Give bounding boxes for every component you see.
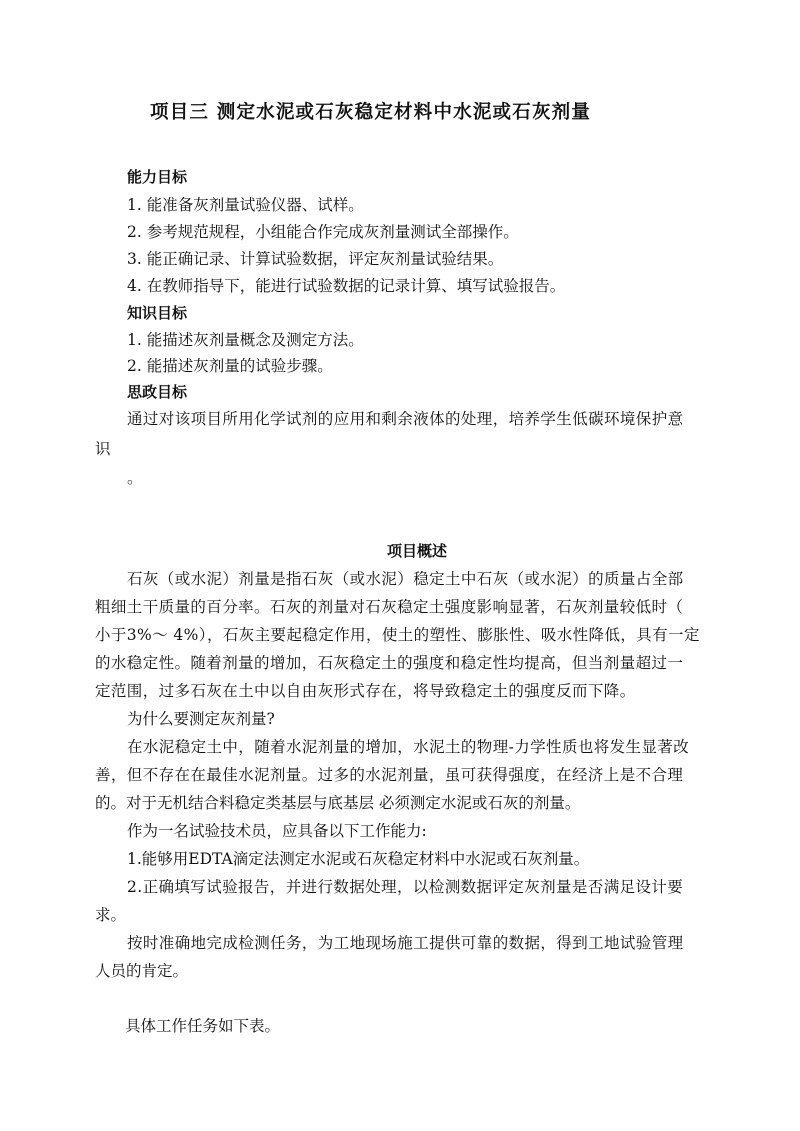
knowledge-item-1: 1. 能描述灰剂量概念及测定方法。 — [127, 330, 364, 350]
overview-closing: 具体工作任务如下表。 — [125, 1016, 280, 1036]
knowledge-heading: 知识目标 — [127, 303, 187, 323]
ability-item-1: 1. 能准备灰剂量试验仪器、试样。 — [127, 195, 364, 215]
ideology-heading: 思政目标 — [127, 382, 187, 402]
ability-item-2: 2. 参考规范规程，小组能合作完成灰剂量测试全部操作。 — [127, 222, 519, 242]
ideology-line-3: 。 — [127, 468, 143, 488]
document-page: 项目三 测定水泥或石灰稳定材料中水泥或石灰剂量 能力目标 1. 能准备灰剂量试验… — [0, 0, 800, 1131]
overview-question: 为什么要测定灰剂量? — [127, 709, 275, 729]
overview-para2-line-2: 善，但不存在在最佳水泥剂量。过多的水泥剂量，虽可获得强度，在经济上是不合理 — [95, 765, 683, 785]
overview-heading: 项目概述 — [387, 541, 447, 561]
overview-para3-line-1: 按时准确地完成检测任务，为工地现场施工提供可靠的数据，得到工地试验管理 — [127, 933, 684, 953]
ability-heading: 能力目标 — [127, 167, 187, 187]
overview-para1-line-4: 的水稳定性。随着剂量的增加，石灰稳定土的强度和稳定性均提高，但当剂量超过一 — [95, 653, 683, 673]
overview-para1-line-1: 石灰（或水泥）剂量是指石灰（或水泥）稳定土中石灰（或水泥）的质量占全部 — [127, 569, 684, 589]
overview-para1-line-5: 定范围，过多石灰在土中以自由灰形式存在，将导致稳定土的强度反而下降。 — [95, 681, 636, 701]
overview-para1-line-3: 小于3%～ 4%），石灰主要起稳定作用，使土的塑性、膨胀性、吸水性降低，具有一定 — [95, 625, 700, 645]
knowledge-item-2: 2. 能描述灰剂量的试验步骤。 — [127, 356, 333, 376]
ability-item-3: 3. 能正确记录、计算试验数据，评定灰剂量试验结果。 — [127, 249, 503, 269]
overview-ability-2: 2.正确填写试验报告，并进行数据处理，以检测数据评定灰剂量是否满足设计要 — [127, 877, 683, 897]
overview-para3-line-2: 人员的肯定。 — [95, 961, 188, 981]
document-title: 项目三 测定水泥或石灰稳定材料中水泥或石灰剂量 — [150, 98, 591, 124]
ideology-line-2: 识 — [95, 439, 111, 459]
overview-para2-line-3: 的。对于无机结合料稳定类基层与底基层 必须测定水泥或石灰的剂量。 — [95, 793, 580, 813]
overview-para1-line-2: 粗细土干质量的百分率。石灰的剂量对石灰稳定土强度影响显著，石灰剂量较低时（ — [95, 597, 683, 617]
ability-item-4: 4. 在教师指导下，能进行试验数据的记录计算、填写试验报告。 — [127, 276, 565, 296]
overview-ability-1: 1.能够用EDTA滴定法测定水泥或石灰稳定材料中水泥或石灰剂量。 — [127, 849, 589, 869]
ideology-line-1: 通过对该项目所用化学试剂的应用和剩余液体的处理，培养学生低碳环境保护意 — [127, 409, 684, 429]
overview-role-intro: 作为一名试验技术员，应具备以下工作能力: — [127, 821, 427, 841]
overview-ability-2-cont: 求。 — [95, 905, 126, 925]
overview-para2-line-1: 在水泥稳定土中，随着水泥剂量的增加，水泥土的物理-力学性质也将发生显著改 — [127, 737, 689, 757]
